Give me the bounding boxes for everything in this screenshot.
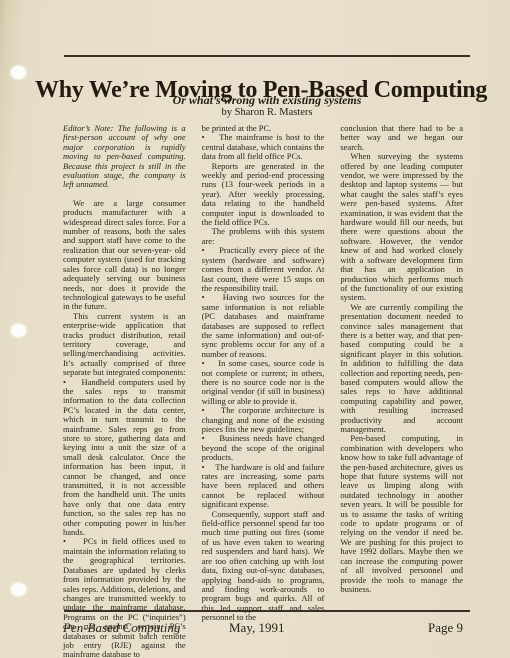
paragraph: This current system is an enterprise-wid… — [63, 312, 186, 378]
article-column-1: Editor’s Note: The following is a first-… — [63, 124, 186, 658]
footer-page-number: Page 9 — [428, 620, 463, 636]
paragraph: • The hardware is old and failure rates … — [202, 463, 325, 510]
paragraph: • In some cases, source code is not comp… — [202, 359, 325, 406]
punch-hole — [11, 66, 26, 79]
footer: Pen-Based Computing May, 1991 Page 9 — [63, 620, 463, 642]
footer-publication: Pen-Based Computing — [63, 620, 180, 636]
paragraph: We are a large consumer products manufac… — [63, 199, 186, 312]
paragraph: Reports are generated in the weekly and … — [202, 162, 325, 228]
footer-rule — [64, 610, 470, 612]
paragraph: We are currently compiling the presentat… — [340, 303, 463, 435]
paragraph: Editor’s Note: The following is a first-… — [63, 124, 186, 190]
paragraph: When surveying the systems offered by on… — [340, 152, 463, 303]
paragraph: • The corporate architecture is changing… — [202, 406, 325, 434]
paragraph: • Practically every piece of the system … — [202, 246, 325, 293]
paragraph: • Business needs have changed beyond the… — [202, 434, 325, 462]
paragraph: Pen-based computing, in combination with… — [340, 434, 463, 594]
article-column-3: conclusion that there had to be a better… — [340, 124, 463, 658]
paragraph: Consequently, support staff and field-of… — [202, 510, 325, 623]
paragraph: • The mainframe is host to the central d… — [202, 133, 325, 161]
newsletter-page: Why We’re Moving to Pen-Based Computing … — [0, 0, 510, 658]
paragraph: • Having two sources for the same inform… — [202, 293, 325, 359]
article-subtitle: Or what’s wrong with existing systems — [64, 93, 470, 108]
punch-hole — [11, 324, 26, 337]
article-byline: by Sharon R. Masters — [64, 107, 470, 118]
footer-date: May, 1991 — [229, 620, 285, 636]
article-column-2: be printed at the PC.• The mainframe is … — [202, 124, 325, 658]
paragraph: • Handheld computers used by the sales r… — [63, 378, 186, 538]
punch-hole — [11, 583, 26, 596]
paragraph: The problems with this system are: — [202, 227, 325, 246]
article-columns: Editor’s Note: The following is a first-… — [63, 124, 463, 658]
header-rule — [64, 55, 470, 57]
paragraph: conclusion that there had to be a better… — [340, 124, 463, 152]
